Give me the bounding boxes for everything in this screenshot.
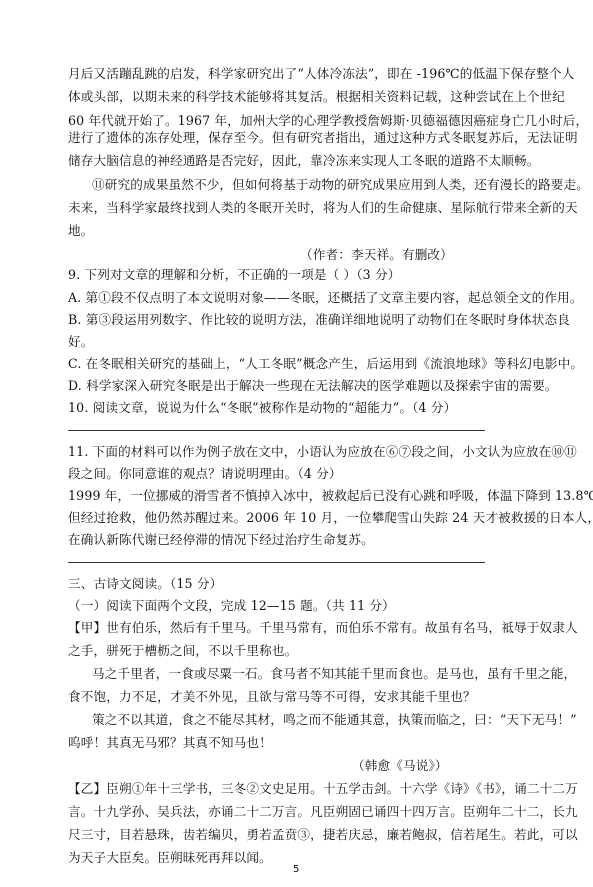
question-9-option-d: D. 科学家深入研究冬眠是出于解决一些现在无法解决的医学难题以及探索宇宙的需要。 [68, 378, 488, 394]
passage-jia-line: 呜呼！其真无马邪？其真不知马也！ [68, 735, 488, 751]
passage-line: 60 年代就开始了。1967 年，加州大学的心理学教授詹姆斯·贝德福德因癌症身亡… [68, 113, 488, 129]
passage-jia-line: 之手，骈死于槽枥之间，不以千里称也。 [68, 643, 488, 659]
passage-line: 进行了遗体的冻存处理，保存至今。但有研究者指出，通过这种方式冬眠复苏后，无法证明 [68, 130, 488, 146]
question-9-option-a: A. 第①段不仅点明了本文说明对象——冬眠，还概括了文章主要内容，起总领全文的作… [68, 290, 488, 306]
passage-line: 体或头部，以期未来的科学技术能够将其复活。根据相关资料记载，这种尝试在上个世纪 [68, 89, 488, 105]
passage-jia-line: 食不饱，力不足，才美不外见，且欲与常马等不可得，安求其能千里也？ [68, 689, 488, 705]
passage-jia-line: 【甲】世有伯乐，然后有千里马。千里马常有，而伯乐不常有。故虽有名马，祗辱于奴隶人 [68, 620, 488, 636]
passage-yi-line: 为天子大臣矣。臣朔昧死再拜以闻。 [68, 850, 488, 866]
question-10-stem: 10. 阅读文章，说说为什么“冬眠”被称作是动物的“超能力”。（4 分） [68, 400, 488, 416]
passage-line: 月后又活蹦乱跳的启发，科学家研究出了“人体冷冻法”，即在 -196℃的低温下保存… [68, 66, 488, 82]
question-11-stem-line: 段之间。你同意谁的观点？请说明理由。（4 分） [68, 466, 488, 482]
answer-line-q11[interactable] [68, 562, 485, 563]
question-11-material-line: 但经过抢救，他仍然苏醒过来。2006 年 10 月，一位攀爬雪山失踪 24 天才… [68, 510, 488, 526]
question-9-option-b-cont: 好。 [68, 334, 488, 350]
answer-line-q10[interactable] [68, 430, 485, 431]
exam-page: 月后又活蹦乱跳的启发，科学家研究出了“人体冷冻法”，即在 -196℃的低温下保存… [0, 0, 593, 887]
passage-line: 储存大脑信息的神经通路是否完好，因此，靠冷冻来实现人工冬眠的道路不太顺畅。 [68, 153, 488, 169]
passage-yi-line: 【乙】臣朔①年十三学书，三冬②文史足用。十五学击剑。十六学《诗》《书》，诵二十二… [68, 781, 488, 797]
question-11-stem-line: 11. 下面的材料可以作为例子放在文中，小语认为应放在⑥⑦段之间，小文认为应放在… [68, 444, 488, 460]
passage-line: 地。 [68, 223, 488, 239]
passage-yi-line: 言。十九学孙、吴兵法，亦诵二十二万言。凡臣朔固已诵四十四万言。臣朔年二十二，长九 [68, 804, 488, 820]
question-9-option-c: C. 在冬眠相关研究的基础上，“人工冬眠”概念产生，后运用到《流浪地球》等科幻电… [68, 356, 488, 372]
passage-jia-source: （韩愈《马说》） [352, 758, 593, 774]
section-3-subsection: （一）阅读下面两个文段，完成 12—15 题。（共 11 分） [68, 598, 488, 614]
section-3-title: 三、古诗文阅读。（15 分） [68, 576, 488, 592]
passage-attribution: （作者：李天祥。有删改） [300, 247, 593, 263]
question-11-material-line: 在确认新陈代谢已经停滞的情况下经过治疗生命复苏。 [68, 532, 488, 548]
passage-line: 未来，当科学家最终找到人类的冬眠开关时，将为人们的生命健康、星际航行带来全新的天 [68, 200, 488, 216]
passage-jia-line: 马之千里者，一食或尽粟一石。食马者不知其能千里而食也。是马也，虽有千里之能， [92, 666, 512, 682]
question-11-material-line: 1999 年，一位挪威的滑雪者不慎掉入冰中，被救起后已没有心跳和呼吸，体温下降到… [68, 488, 488, 504]
passage-jia-line: 策之不以其道，食之不能尽其材，鸣之而不能通其意，执策而临之，曰：“天下无马！” [92, 712, 512, 728]
page-number: 5 [293, 864, 299, 875]
question-9-option-b: B. 第③段运用列数字、作比较的说明方法，准确详细地说明了动物们在冬眠时身体状态… [68, 312, 488, 328]
passage-yi-line: 尺三寸，目若悬珠，齿若编贝，勇若孟贲③，捷若庆忌，廉若鲍叔，信若尾生。若此，可以 [68, 827, 488, 843]
passage-line: ⑪研究的成果虽然不少，但如何将基于动物的研究成果应用到人类，还有漫长的路要走。 [92, 177, 512, 193]
question-9-stem: 9. 下列对文章的理解和分析，不正确的一项是（ ）（3 分） [68, 267, 488, 283]
